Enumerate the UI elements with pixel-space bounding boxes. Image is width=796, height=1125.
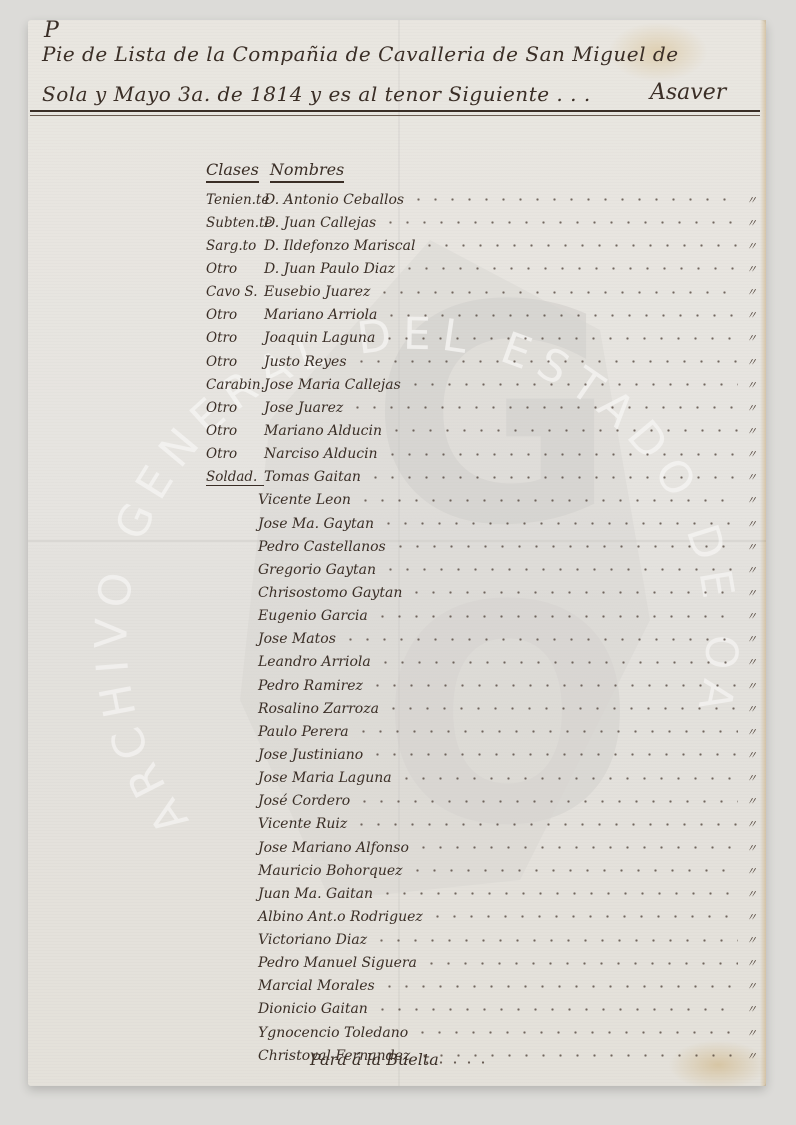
column-headers: Clases Nombres xyxy=(206,160,350,179)
roster-name: Leandro Arriola xyxy=(206,654,371,670)
dot-leader xyxy=(423,962,738,965)
ditto-mark: 〃 xyxy=(746,492,766,508)
roster-row: Jose Ma. Gaytan〃 xyxy=(206,512,766,535)
roster-rank: Otro xyxy=(206,400,264,416)
roster-row: Eugenio Garcia〃 xyxy=(206,605,766,628)
ditto-mark: 〃 xyxy=(746,747,766,763)
ditto-mark: 〃 xyxy=(746,307,766,323)
roster-rank: Otro xyxy=(206,354,264,370)
dot-leader xyxy=(382,221,738,224)
dot-leader xyxy=(379,892,738,895)
roster-row: Pedro Manuel Siguera〃 xyxy=(206,952,766,975)
dot-leader xyxy=(382,568,738,571)
ditto-mark: 〃 xyxy=(746,863,766,879)
roster-row: Cavo S.Eusebio Juarez〃 xyxy=(206,281,766,304)
ditto-mark: 〃 xyxy=(746,284,766,300)
corner-mark: P xyxy=(44,18,59,43)
roster-name: Ygnocencio Toledano xyxy=(206,1025,408,1041)
dot-leader xyxy=(421,244,738,247)
dot-leader xyxy=(376,291,738,294)
ditto-mark: 〃 xyxy=(746,701,766,717)
roster-name: Jose Ma. Gaytan xyxy=(206,516,374,532)
roster-list: Tenien.teD. Antonio Ceballos〃Subten.teD.… xyxy=(206,188,766,1067)
roster-rank: Otro xyxy=(206,446,264,462)
dot-leader xyxy=(383,314,738,317)
dot-leader xyxy=(355,730,738,733)
dot-leader xyxy=(349,406,738,409)
roster-name: Pedro Castellanos xyxy=(206,539,386,555)
roster-name: Eusebio Juarez xyxy=(264,284,370,300)
title-underline xyxy=(30,110,760,112)
roster-name: Mariano Alducin xyxy=(264,423,382,439)
roster-name: Eugenio Garcia xyxy=(206,608,368,624)
roster-name: Paulo Perera xyxy=(206,724,349,740)
ditto-mark: 〃 xyxy=(746,1001,766,1017)
roster-name: D. Juan Paulo Diaz xyxy=(264,261,395,277)
roster-row: Chrisostomo Gaytan〃 xyxy=(206,581,766,604)
roster-row: Jose Justiniano〃 xyxy=(206,743,766,766)
ditto-mark: 〃 xyxy=(746,423,766,439)
ditto-mark: 〃 xyxy=(746,955,766,971)
roster-row: Ygnocencio Toledano〃 xyxy=(206,1021,766,1044)
ditto-mark: 〃 xyxy=(746,562,766,578)
roster-rank: Sarg.to xyxy=(206,238,264,254)
ditto-mark: 〃 xyxy=(746,631,766,647)
roster-row: Gregorio Gaytan〃 xyxy=(206,558,766,581)
roster-name: Victoriano Diaz xyxy=(206,932,367,948)
roster-row: José Cordero〃 xyxy=(206,790,766,813)
roster-row: Leandro Arriola〃 xyxy=(206,651,766,674)
ditto-mark: 〃 xyxy=(746,724,766,740)
document-title-line-1: Pie de Lista de la Compañia de Cavalleri… xyxy=(42,42,679,66)
roster-row: Tenien.teD. Antonio Ceballos〃 xyxy=(206,188,766,211)
ditto-mark: 〃 xyxy=(746,678,766,694)
roster-name: Vicente Ruiz xyxy=(206,816,347,832)
roster-row: Carabin.Jose Maria Callejas〃 xyxy=(206,373,766,396)
roster-name: Jose Juarez xyxy=(264,400,343,416)
roster-row: OtroJoaquin Laguna〃 xyxy=(206,327,766,350)
ditto-mark: 〃 xyxy=(746,469,766,485)
roster-rank: Otro xyxy=(206,423,264,439)
header-names: Nombres xyxy=(270,160,344,183)
roster-rank: Carabin. xyxy=(206,377,264,393)
roster-name: Chrisostomo Gaytan xyxy=(206,585,402,601)
roster-row: OtroJusto Reyes〃 xyxy=(206,350,766,373)
dot-leader xyxy=(385,707,738,710)
roster-name: Justo Reyes xyxy=(264,354,347,370)
roster-row: Marcial Morales〃 xyxy=(206,975,766,998)
roster-row: Juan Ma. Gaitan〃 xyxy=(206,882,766,905)
dot-leader xyxy=(367,476,738,479)
roster-row: OtroJose Juarez〃 xyxy=(206,396,766,419)
roster-name: D. Juan Callejas xyxy=(264,215,376,231)
ditto-mark: 〃 xyxy=(746,770,766,786)
dot-leader xyxy=(408,591,738,594)
dot-leader xyxy=(357,499,738,502)
roster-name: Dionicio Gaitan xyxy=(206,1001,368,1017)
ditto-mark: 〃 xyxy=(746,793,766,809)
dot-leader xyxy=(381,985,738,988)
dot-leader xyxy=(374,1008,738,1011)
roster-name: Juan Ma. Gaitan xyxy=(206,886,373,902)
roster-name: Jose Mariano Alfonso xyxy=(206,840,409,856)
roster-row: Pedro Ramirez〃 xyxy=(206,674,766,697)
roster-name: Tomas Gaitan xyxy=(264,469,361,485)
roster-row: Pedro Castellanos〃 xyxy=(206,535,766,558)
ditto-mark: 〃 xyxy=(746,354,766,370)
roster-row: OtroD. Juan Paulo Diaz〃 xyxy=(206,257,766,280)
roster-row: Rosalino Zarroza〃 xyxy=(206,697,766,720)
dot-leader xyxy=(353,823,738,826)
roster-name: Albino Ant.o Rodriguez xyxy=(206,909,423,925)
ditto-mark: 〃 xyxy=(746,215,766,231)
ditto-mark: 〃 xyxy=(746,516,766,532)
footer-note: Para á la Buelta xyxy=(310,1050,439,1069)
roster-row: OtroMariano Alducin〃 xyxy=(206,419,766,442)
roster-name: Rosalino Zarroza xyxy=(206,701,379,717)
dot-leader xyxy=(429,915,738,918)
dot-leader xyxy=(415,846,738,849)
dot-leader xyxy=(409,869,738,872)
roster-row: Jose Mariano Alfonso〃 xyxy=(206,836,766,859)
roster-row: Dionicio Gaitan〃 xyxy=(206,998,766,1021)
roster-row: Jose Matos〃 xyxy=(206,628,766,651)
ditto-mark: 〃 xyxy=(746,608,766,624)
roster-rank: Subten.te xyxy=(206,215,264,231)
title-underline xyxy=(30,115,760,116)
dot-leader xyxy=(380,522,738,525)
dot-leader xyxy=(342,638,738,641)
roster-name: Narciso Alducin xyxy=(264,446,378,462)
ditto-mark: 〃 xyxy=(746,446,766,462)
ditto-mark: 〃 xyxy=(746,840,766,856)
document-title-asaver: Asaver xyxy=(650,80,726,105)
roster-row: Soldad.Tomas Gaitan〃 xyxy=(206,466,766,489)
dot-leader xyxy=(398,777,738,780)
ditto-mark: 〃 xyxy=(746,978,766,994)
dot-leader xyxy=(388,429,738,432)
dot-leader xyxy=(377,661,738,664)
dot-leader xyxy=(407,383,738,386)
roster-row: Jose Maria Laguna〃 xyxy=(206,767,766,790)
roster-row: Albino Ant.o Rodriguez〃 xyxy=(206,905,766,928)
dot-leader xyxy=(420,1061,490,1064)
roster-name: José Cordero xyxy=(206,793,350,809)
ditto-mark: 〃 xyxy=(746,1048,766,1064)
header-classes: Clases xyxy=(206,160,259,183)
ditto-mark: 〃 xyxy=(746,1025,766,1041)
dot-leader xyxy=(401,267,738,270)
dot-leader xyxy=(381,337,738,340)
dot-leader xyxy=(410,198,738,201)
ditto-mark: 〃 xyxy=(746,654,766,670)
roster-name: Pedro Ramirez xyxy=(206,678,363,694)
dot-leader xyxy=(369,684,738,687)
ditto-mark: 〃 xyxy=(746,330,766,346)
roster-name: Jose Maria Callejas xyxy=(264,377,401,393)
ditto-mark: 〃 xyxy=(746,261,766,277)
roster-rank: Otro xyxy=(206,330,264,346)
roster-name: Vicente Leon xyxy=(206,492,351,508)
roster-row: Vicente Leon〃 xyxy=(206,489,766,512)
roster-rank: Soldad. xyxy=(206,469,264,486)
dot-leader xyxy=(416,1054,738,1057)
dot-leader xyxy=(374,615,738,618)
ditto-mark: 〃 xyxy=(746,539,766,555)
roster-name: Jose Justiniano xyxy=(206,747,363,763)
roster-name: Joaquin Laguna xyxy=(264,330,375,346)
roster-name: Jose Matos xyxy=(206,631,336,647)
ditto-mark: 〃 xyxy=(746,400,766,416)
roster-row: Sarg.toD. Ildefonzo Mariscal〃 xyxy=(206,234,766,257)
ditto-mark: 〃 xyxy=(746,377,766,393)
dot-leader xyxy=(356,800,738,803)
dot-leader xyxy=(384,453,738,456)
dot-leader xyxy=(392,545,738,548)
roster-rank: Otro xyxy=(206,261,264,277)
dot-leader xyxy=(353,360,738,363)
roster-name: D. Antonio Ceballos xyxy=(264,192,404,208)
roster-name: Gregorio Gaytan xyxy=(206,562,376,578)
ditto-mark: 〃 xyxy=(746,192,766,208)
dot-leader xyxy=(414,1031,738,1034)
roster-name: Pedro Manuel Siguera xyxy=(206,955,417,971)
ditto-mark: 〃 xyxy=(746,932,766,948)
roster-row: OtroMariano Arriola〃 xyxy=(206,304,766,327)
roster-name: Marcial Morales xyxy=(206,978,375,994)
roster-name: D. Ildefonzo Mariscal xyxy=(264,238,415,254)
roster-name: Jose Maria Laguna xyxy=(206,770,392,786)
roster-row: Victoriano Diaz〃 xyxy=(206,929,766,952)
roster-row: Vicente Ruiz〃 xyxy=(206,813,766,836)
ditto-mark: 〃 xyxy=(746,909,766,925)
dot-leader xyxy=(369,753,738,756)
ditto-mark: 〃 xyxy=(746,585,766,601)
roster-row: Subten.teD. Juan Callejas〃 xyxy=(206,211,766,234)
document-title-line-2: Sola y Mayo 3a. de 1814 y es al tenor Si… xyxy=(42,82,591,106)
roster-row: OtroNarciso Alducin〃 xyxy=(206,443,766,466)
roster-name: Mariano Arriola xyxy=(264,307,377,323)
roster-rank: Otro xyxy=(206,307,264,323)
roster-row: Mauricio Bohorquez〃 xyxy=(206,859,766,882)
roster-name: Mauricio Bohorquez xyxy=(206,863,403,879)
roster-rank: Tenien.te xyxy=(206,192,264,208)
ditto-mark: 〃 xyxy=(746,238,766,254)
ditto-mark: 〃 xyxy=(746,886,766,902)
roster-row: Paulo Perera〃 xyxy=(206,720,766,743)
roster-rank: Cavo S. xyxy=(206,284,264,300)
ditto-mark: 〃 xyxy=(746,816,766,832)
dot-leader xyxy=(373,939,738,942)
